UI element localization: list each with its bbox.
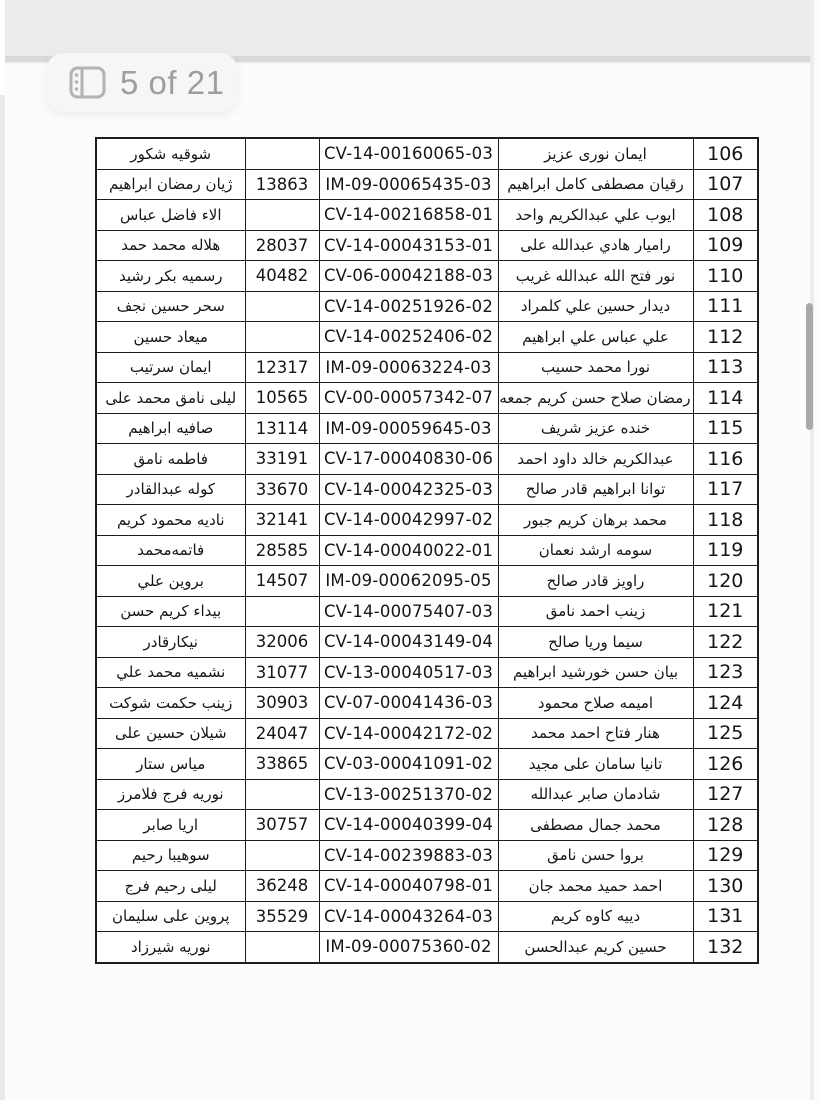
primary-name-cell: محمد برهان كريم جبور <box>498 505 693 536</box>
secondary-name-cell: نوريه فرج فلامرز <box>96 779 245 810</box>
code-cell: IM-09-00065435-03 <box>319 169 498 200</box>
table-row: شيلان حسين على24047CV-14-00042172-02هنار… <box>96 718 758 749</box>
ref-number-cell: 33191 <box>245 444 319 475</box>
ref-number-cell: 33865 <box>245 749 319 780</box>
primary-name-cell: راويز قادر صالح <box>498 566 693 597</box>
ref-number-cell: 10565 <box>245 383 319 414</box>
code-cell: CV-17-00040830-06 <box>319 444 498 475</box>
secondary-name-cell: ايمان سرتيب <box>96 352 245 383</box>
table-row: سحر حسين نجفCV-14-00251926-02ديدار حسين … <box>96 291 758 322</box>
ref-number-cell: 31077 <box>245 657 319 688</box>
ref-number-cell: 12317 <box>245 352 319 383</box>
table-row: ليلى نامق محمد على10565CV-00-00057342-07… <box>96 383 758 414</box>
secondary-name-cell: پروين على سليمان <box>96 901 245 932</box>
records-table: شوقيه شكورCV-14-00160065-03ايمان نورى عز… <box>95 137 759 964</box>
code-cell: CV-14-00043153-01 <box>319 230 498 261</box>
code-cell: CV-14-00040798-01 <box>319 871 498 902</box>
code-cell: CV-14-00043264-03 <box>319 901 498 932</box>
secondary-name-cell: رسميه بكر رشيد <box>96 261 245 292</box>
primary-name-cell: رمضان صلاح حسن كريم جمعه <box>498 383 693 414</box>
code-cell: CV-14-00042997-02 <box>319 505 498 536</box>
code-cell: IM-09-00059645-03 <box>319 413 498 444</box>
primary-name-cell: حسين كريم عبدالحسن <box>498 932 693 963</box>
primary-name-cell: ايمان نورى عزيز <box>498 138 693 169</box>
primary-name-cell: سومه ارشد نعمان <box>498 535 693 566</box>
table-row: سوهيبا رحيمCV-14-00239883-03بروا حسن نام… <box>96 840 758 871</box>
primary-name-cell: شادمان صابر عبدالله <box>498 779 693 810</box>
primary-name-cell: بروا حسن نامق <box>498 840 693 871</box>
table-row: رسميه بكر رشيد40482CV-06-00042188-03نور … <box>96 261 758 292</box>
code-cell: CV-14-00252406-02 <box>319 322 498 353</box>
secondary-name-cell: صافيه ابراهيم <box>96 413 245 444</box>
ref-number-cell <box>245 200 319 231</box>
code-cell: CV-13-00251370-02 <box>319 779 498 810</box>
row-number-cell: 109 <box>693 230 758 261</box>
secondary-name-cell: سوهيبا رحيم <box>96 840 245 871</box>
secondary-name-cell: نوريه شيرزاد <box>96 932 245 963</box>
primary-name-cell: سيما وريا صالح <box>498 627 693 658</box>
table-row: ناديه محمود كريم32141CV-14-00042997-02مح… <box>96 505 758 536</box>
table-row: نيكارقادر32006CV-14-00043149-04سيما وريا… <box>96 627 758 658</box>
page-indicator-label: 5 of 21 <box>120 64 224 102</box>
row-number-cell: 111 <box>693 291 758 322</box>
table-row: بيداء كريم حسنCV-14-00075407-03زينب احمد… <box>96 596 758 627</box>
row-number-cell: 130 <box>693 871 758 902</box>
row-number-cell: 125 <box>693 718 758 749</box>
secondary-name-cell: فاطمه نامق <box>96 444 245 475</box>
row-number-cell: 115 <box>693 413 758 444</box>
secondary-name-cell: كوله عبدالقادر <box>96 474 245 505</box>
primary-name-cell: احمد حميد محمد جان <box>498 871 693 902</box>
table-row: فاتمەمحمد28585CV-14-00040022-01سومه ارشد… <box>96 535 758 566</box>
row-number-cell: 106 <box>693 138 758 169</box>
primary-name-cell: بيان حسن خورشيد ابراهيم <box>498 657 693 688</box>
code-cell: CV-14-00251926-02 <box>319 291 498 322</box>
table-row: شوقيه شكورCV-14-00160065-03ايمان نورى عز… <box>96 138 758 169</box>
table-row: زينب حكمت شوكت30903CV-07-00041436-03اميم… <box>96 688 758 719</box>
row-number-cell: 120 <box>693 566 758 597</box>
row-number-cell: 121 <box>693 596 758 627</box>
secondary-name-cell: ليلى رحيم فرج <box>96 871 245 902</box>
ref-number-cell: 13863 <box>245 169 319 200</box>
code-cell: CV-06-00042188-03 <box>319 261 498 292</box>
ref-number-cell: 32006 <box>245 627 319 658</box>
secondary-name-cell: شوقيه شكور <box>96 138 245 169</box>
primary-name-cell: نور فتح الله عبدالله غريب <box>498 261 693 292</box>
screen: 5 of 21 شوقيه شكورCV-14-00160065-03ايمان… <box>0 0 819 1100</box>
ref-number-cell <box>245 932 319 963</box>
table-row: نوريه شيرزادIM-09-00075360-02حسين كريم ع… <box>96 932 758 963</box>
primary-name-cell: خنده عزيز شريف <box>498 413 693 444</box>
table-row: ليلى رحيم فرج36248CV-14-00040798-01احمد … <box>96 871 758 902</box>
row-number-cell: 107 <box>693 169 758 200</box>
ref-number-cell <box>245 596 319 627</box>
primary-name-cell: راميار هادي عبدالله على <box>498 230 693 261</box>
secondary-name-cell: بروين علي <box>96 566 245 597</box>
row-number-cell: 131 <box>693 901 758 932</box>
row-number-cell: 110 <box>693 261 758 292</box>
table-row: نشميه محمد علي31077CV-13-00040517-03بيان… <box>96 657 758 688</box>
code-cell: CV-14-00216858-01 <box>319 200 498 231</box>
top-bar <box>0 0 819 57</box>
table-row: الاء فاضل عباسCV-14-00216858-01ايوب علي … <box>96 200 758 231</box>
row-number-cell: 117 <box>693 474 758 505</box>
row-number-cell: 123 <box>693 657 758 688</box>
secondary-name-cell: بيداء كريم حسن <box>96 596 245 627</box>
secondary-name-cell: الاء فاضل عباس <box>96 200 245 231</box>
row-number-cell: 116 <box>693 444 758 475</box>
primary-name-cell: رقيان مصطفى كامل ابراهيم <box>498 169 693 200</box>
code-cell: CV-14-00042172-02 <box>319 718 498 749</box>
table-row: كوله عبدالقادر33670CV-14-00042325-03توان… <box>96 474 758 505</box>
page-indicator-pill[interactable]: 5 of 21 <box>47 53 237 112</box>
row-number-cell: 118 <box>693 505 758 536</box>
ref-number-cell: 40482 <box>245 261 319 292</box>
row-number-cell: 127 <box>693 779 758 810</box>
primary-name-cell: محمد جمال مصطفى <box>498 810 693 841</box>
row-number-cell: 108 <box>693 200 758 231</box>
primary-name-cell: نورا محمد حسيب <box>498 352 693 383</box>
ref-number-cell <box>245 138 319 169</box>
secondary-name-cell: زينب حكمت شوكت <box>96 688 245 719</box>
primary-name-cell: علي عباس علي ابراهيم <box>498 322 693 353</box>
code-cell: CV-13-00040517-03 <box>319 657 498 688</box>
row-number-cell: 114 <box>693 383 758 414</box>
primary-name-cell: هنار فتاح احمد محمد <box>498 718 693 749</box>
records-table-body: شوقيه شكورCV-14-00160065-03ايمان نورى عز… <box>96 138 758 963</box>
table-row: اريا صابر30757CV-14-00040399-04محمد جمال… <box>96 810 758 841</box>
primary-name-cell: ايوب علي عبدالكريم واحد <box>498 200 693 231</box>
row-number-cell: 113 <box>693 352 758 383</box>
secondary-name-cell: هلاله محمد حمد <box>96 230 245 261</box>
row-number-cell: 112 <box>693 322 758 353</box>
table-row: مياس ستار33865CV-03-00041091-02تانيا سام… <box>96 749 758 780</box>
code-cell: CV-14-00042325-03 <box>319 474 498 505</box>
table-row: بروين علي14507IM-09-00062095-05راويز قاد… <box>96 566 758 597</box>
primary-name-cell: اميمه صلاح محمود <box>498 688 693 719</box>
left-edge-strip-bottom <box>0 95 5 1100</box>
code-cell: CV-03-00041091-02 <box>319 749 498 780</box>
table-row: نوريه فرج فلامرزCV-13-00251370-02شادمان … <box>96 779 758 810</box>
ref-number-cell <box>245 322 319 353</box>
ref-number-cell: 30757 <box>245 810 319 841</box>
table-row: ژيان رمضان ابراهيم13863IM-09-00065435-03… <box>96 169 758 200</box>
secondary-name-cell: مياس ستار <box>96 749 245 780</box>
row-number-cell: 119 <box>693 535 758 566</box>
ref-number-cell: 35529 <box>245 901 319 932</box>
secondary-name-cell: ژيان رمضان ابراهيم <box>96 169 245 200</box>
code-cell: IM-09-00062095-05 <box>319 566 498 597</box>
ref-number-cell: 13114 <box>245 413 319 444</box>
ref-number-cell: 30903 <box>245 688 319 719</box>
secondary-name-cell: ناديه محمود كريم <box>96 505 245 536</box>
code-cell: CV-14-00040022-01 <box>319 535 498 566</box>
code-cell: IM-09-00075360-02 <box>319 932 498 963</box>
code-cell: CV-14-00160065-03 <box>319 138 498 169</box>
primary-name-cell: توانا ابراهيم قادر صالح <box>498 474 693 505</box>
code-cell: CV-14-00075407-03 <box>319 596 498 627</box>
primary-name-cell: دييه كاوه كريم <box>498 901 693 932</box>
secondary-name-cell: نشميه محمد علي <box>96 657 245 688</box>
ref-number-cell: 28037 <box>245 230 319 261</box>
code-cell: IM-09-00063224-03 <box>319 352 498 383</box>
ref-number-cell: 14507 <box>245 566 319 597</box>
right-edge-strip <box>814 0 819 1100</box>
secondary-name-cell: سحر حسين نجف <box>96 291 245 322</box>
ref-number-cell: 28585 <box>245 535 319 566</box>
scrollbar-thumb[interactable] <box>806 303 813 430</box>
primary-name-cell: تانيا سامان على مجيد <box>498 749 693 780</box>
secondary-name-cell: ميعاد حسين <box>96 322 245 353</box>
primary-name-cell: زينب احمد نامق <box>498 596 693 627</box>
code-cell: CV-14-00239883-03 <box>319 840 498 871</box>
left-edge-strip-top <box>0 0 5 95</box>
code-cell: CV-00-00057342-07 <box>319 383 498 414</box>
table-row: ميعاد حسينCV-14-00252406-02علي عباس علي … <box>96 322 758 353</box>
table-row: ايمان سرتيب12317IM-09-00063224-03نورا مح… <box>96 352 758 383</box>
primary-name-cell: ديدار حسين علي كلمراد <box>498 291 693 322</box>
ref-number-cell <box>245 779 319 810</box>
code-cell: CV-14-00043149-04 <box>319 627 498 658</box>
secondary-name-cell: ليلى نامق محمد على <box>96 383 245 414</box>
secondary-name-cell: فاتمەمحمد <box>96 535 245 566</box>
code-cell: CV-07-00041436-03 <box>319 688 498 719</box>
row-number-cell: 128 <box>693 810 758 841</box>
ref-number-cell <box>245 840 319 871</box>
row-number-cell: 126 <box>693 749 758 780</box>
table-row: پروين على سليمان35529CV-14-00043264-03دي… <box>96 901 758 932</box>
table-row: صافيه ابراهيم13114IM-09-00059645-03خنده … <box>96 413 758 444</box>
row-number-cell: 122 <box>693 627 758 658</box>
table-row: هلاله محمد حمد28037CV-14-00043153-01رامي… <box>96 230 758 261</box>
secondary-name-cell: نيكارقادر <box>96 627 245 658</box>
row-number-cell: 132 <box>693 932 758 963</box>
ref-number-cell: 33670 <box>245 474 319 505</box>
sidebar-icon <box>69 66 106 99</box>
row-number-cell: 129 <box>693 840 758 871</box>
table-row: فاطمه نامق33191CV-17-00040830-06عبدالكري… <box>96 444 758 475</box>
secondary-name-cell: اريا صابر <box>96 810 245 841</box>
code-cell: CV-14-00040399-04 <box>319 810 498 841</box>
ref-number-cell: 32141 <box>245 505 319 536</box>
secondary-name-cell: شيلان حسين على <box>96 718 245 749</box>
primary-name-cell: عبدالكريم خالد داود احمد <box>498 444 693 475</box>
row-number-cell: 124 <box>693 688 758 719</box>
ref-number-cell <box>245 291 319 322</box>
ref-number-cell: 24047 <box>245 718 319 749</box>
ref-number-cell: 36248 <box>245 871 319 902</box>
